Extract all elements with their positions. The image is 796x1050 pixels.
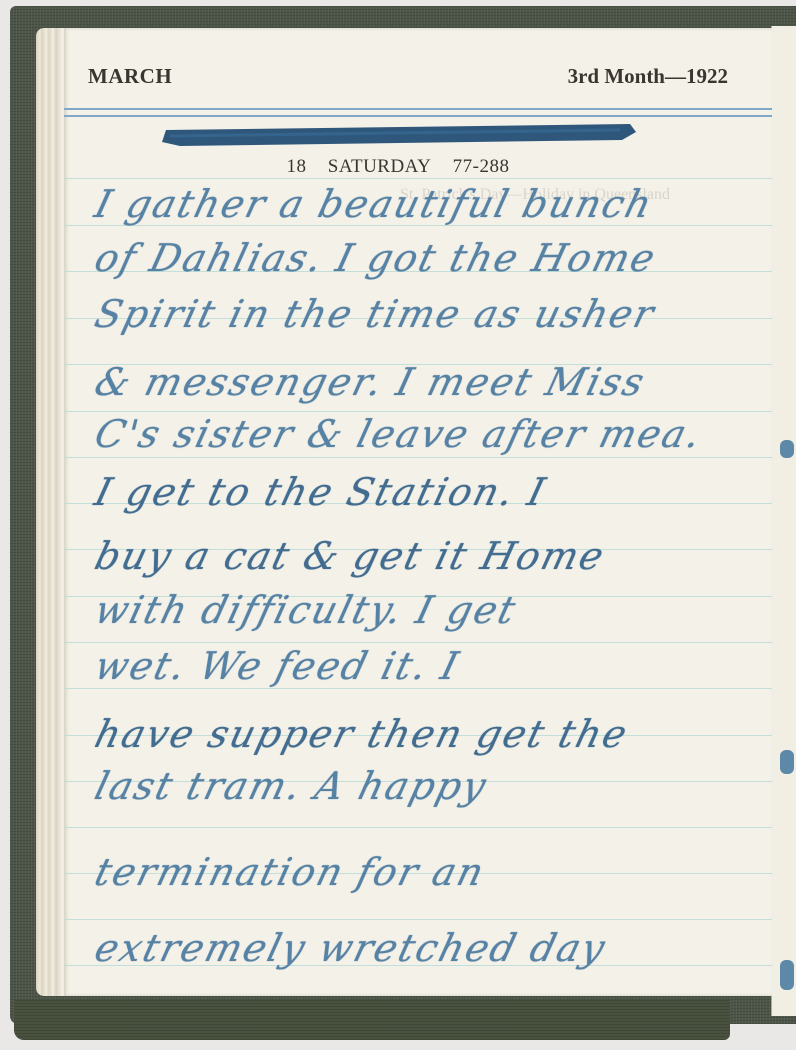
date-line: 18 SATURDAY 77-288 (0, 156, 796, 178)
ruled-line (64, 549, 772, 550)
ruled-line (64, 919, 772, 920)
ruled-line (64, 735, 772, 736)
ruled-line (64, 225, 772, 226)
ruled-line (64, 503, 772, 504)
ruled-line (64, 318, 772, 319)
ruled-line (64, 688, 772, 689)
ruled-line (64, 781, 772, 782)
ruled-line (64, 364, 772, 365)
day-count: 77-288 (453, 156, 510, 177)
facing-page-ink (780, 440, 794, 458)
month-label: MARCH (88, 64, 172, 89)
day-number: 18 (287, 156, 307, 177)
header-rule-top (64, 108, 772, 110)
ruled-line (64, 457, 772, 458)
ruled-line (64, 873, 772, 874)
ruled-line (64, 965, 772, 966)
ruled-line (64, 178, 772, 179)
weekday: SATURDAY (328, 156, 432, 177)
ruled-line (64, 596, 772, 597)
facing-page-ink (780, 750, 794, 774)
facing-page-ink (780, 960, 794, 990)
page-header: MARCH 3rd Month—1922 (88, 64, 728, 94)
ruled-line (64, 642, 772, 643)
ink-strikethrough (160, 116, 640, 156)
month-number-year: 3rd Month—1922 (568, 64, 728, 89)
bleed-through-text: St. Patrick's Day—Holiday in Queensland (400, 186, 670, 204)
ruled-line (64, 271, 772, 272)
diary-cover-bottom-edge (14, 1000, 730, 1040)
ruled-line (64, 827, 772, 828)
ruled-line (64, 411, 772, 412)
